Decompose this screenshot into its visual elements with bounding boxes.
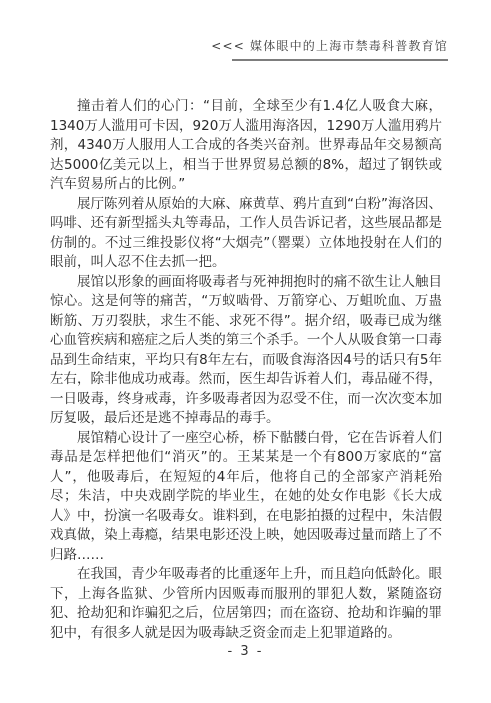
paragraph-1: 撞击着人们的心门：“目前，全球至少有1.4亿人吸食大麻，1340万人滥用可卡因，…	[50, 97, 442, 195]
paragraph-4: 展馆精心设计了一座空心桥，桥下骷髅白骨，它在告诉着人们毒品是怎样把他们“消灭”的…	[50, 429, 442, 566]
running-header-title: <<< 媒体眼中的上海市禁毒科普教育馆	[211, 37, 448, 54]
page-number: - 3 -	[0, 644, 491, 659]
article-body: 撞击着人们的心门：“目前，全球至少有1.4亿人吸食大麻，1340万人滥用可卡因，…	[50, 97, 442, 643]
header-rule	[232, 59, 448, 61]
paragraph-5: 在我国，青少年吸毒者的比重逐年上升，而且趋向低龄化。眼下，上海各监狱、少管所内因…	[50, 565, 442, 643]
document-page: <<< 媒体眼中的上海市禁毒科普教育馆 撞击着人们的心门：“目前，全球至少有1.…	[0, 0, 491, 703]
page-header: <<< 媒体眼中的上海市禁毒科普教育馆	[211, 37, 448, 61]
paragraph-3: 展馆以形象的画面将吸毒者与死神拥抱时的痛不欲生让人触目惊心。这是何等的痛苦，“万…	[50, 273, 442, 429]
paragraph-2: 展厅陈列着从原始的大麻、麻黄草、鸦片直到“白粉”海洛因、吗啡、还有新型摇头丸等毒…	[50, 195, 442, 273]
